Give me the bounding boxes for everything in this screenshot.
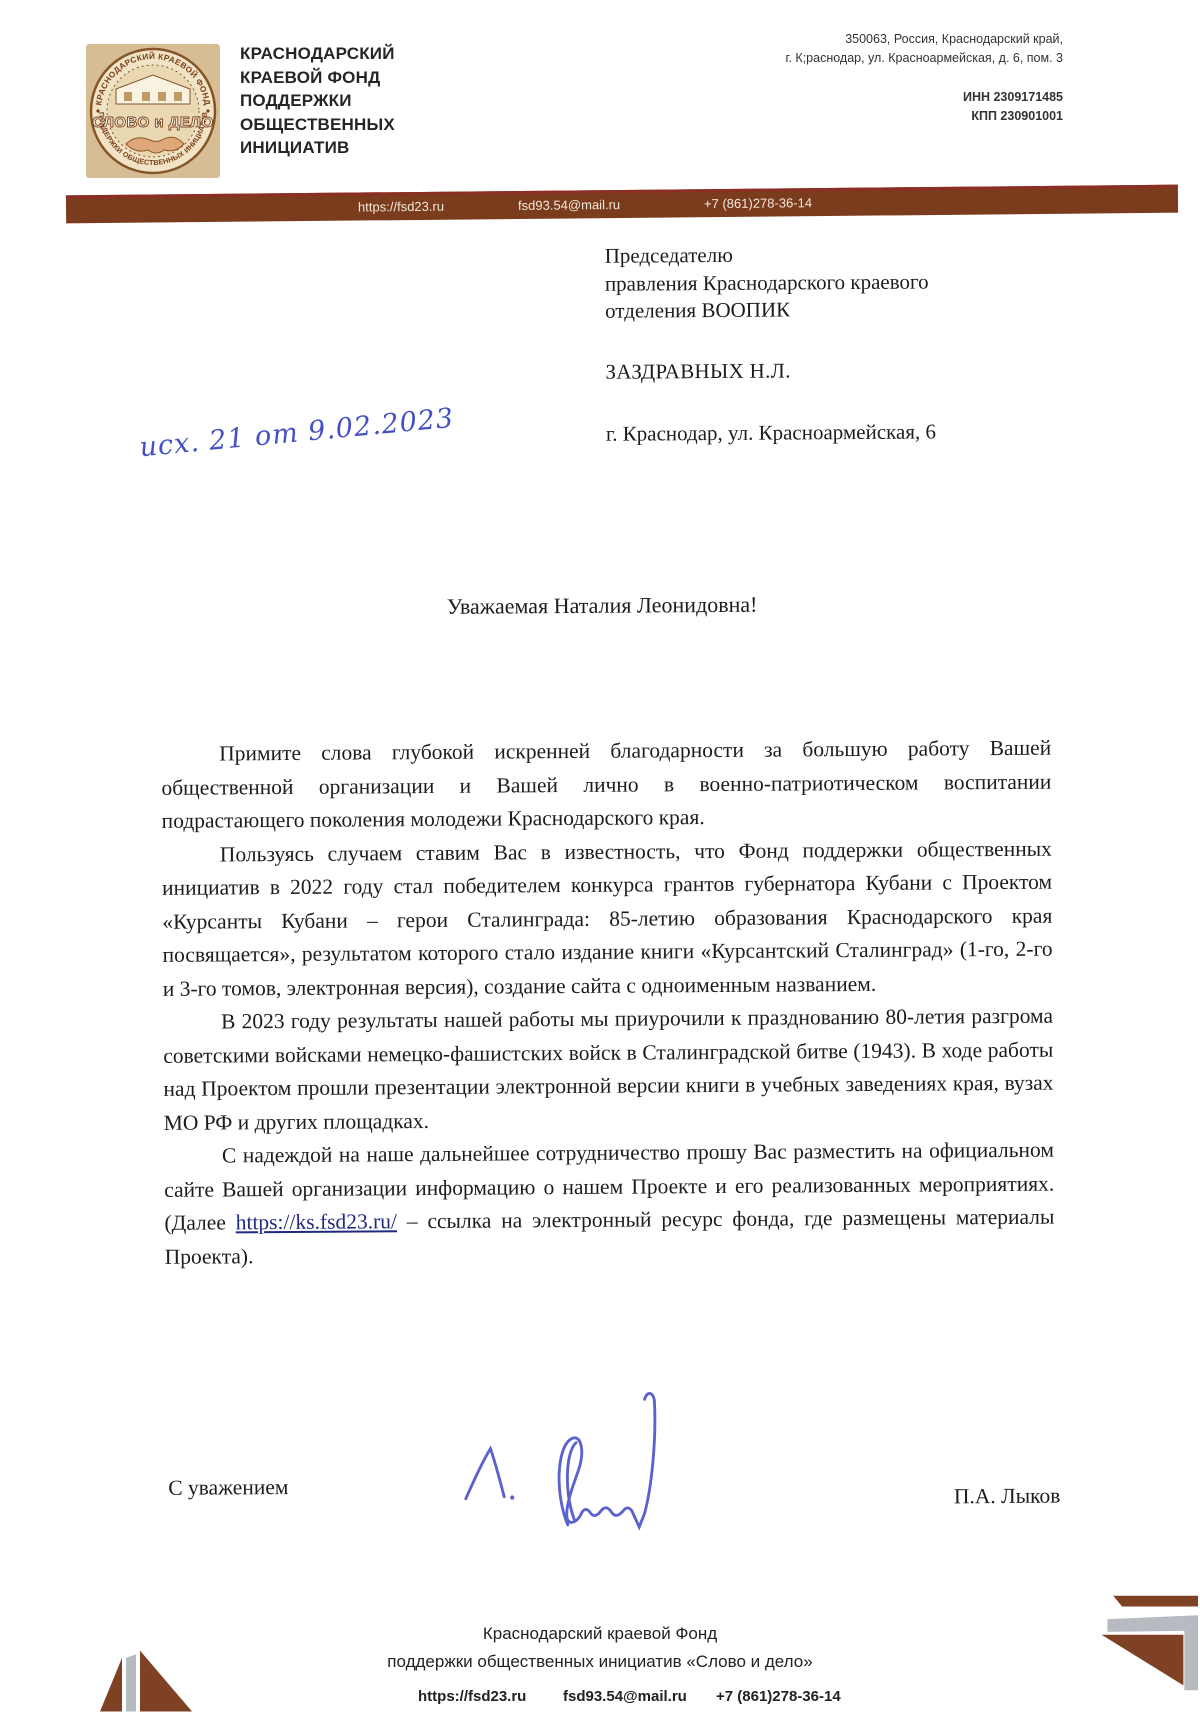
recipient-line: правления Краснодарского краевого <box>605 267 1085 298</box>
project-site-link[interactable]: https://ks.fsd23.ru/ <box>236 1209 397 1234</box>
recipient-line: отделения ВООПИК <box>605 294 1085 325</box>
letter-content: Председателю правления Краснодарского кр… <box>0 0 1200 1722</box>
recipient-address: г. Краснодар, ул. Красноармейская, 6 <box>606 417 1086 448</box>
handwritten-outgoing-number: исх. 21 от 9.02.2023 <box>138 401 469 463</box>
salutation-line: Уважаемая Наталия Леонидовна! <box>2 589 1200 623</box>
recipient-block: Председателю правления Краснодарского кр… <box>605 239 1086 448</box>
corner-ornament-left-icon <box>92 1645 192 1717</box>
recipient-name: ЗАЗДРАВНЫХ Н.Л. <box>605 355 1085 386</box>
paragraph-2: Пользуясь случаем ставим Вас в известнос… <box>162 832 1053 1006</box>
footer-email-text: fsd93.54@mail.ru <box>563 1688 687 1705</box>
footer-phone-text: +7 (861)278-36-14 <box>716 1688 841 1705</box>
scanned-letter-page: КРАСНОДАРСКИЙ КРАЕВОЙ ФОНД ПОДДЕРЖКИ ОБЩ… <box>0 0 1200 1722</box>
corner-ornament-right-icon <box>1086 1588 1198 1700</box>
signer-name: П.А. Лыков <box>954 1484 1061 1510</box>
footer-website-text: https://fsd23.ru <box>418 1688 526 1705</box>
paragraph-1: Примите слова глубокой искренней благода… <box>161 732 1052 839</box>
letter-body: Примите слова глубокой искренней благода… <box>161 732 1055 1274</box>
handwritten-signature-icon <box>444 1388 695 1542</box>
closing-phrase: С уважением <box>168 1475 288 1501</box>
paragraph-3: В 2023 году результаты нашей работы мы п… <box>163 1000 1054 1140</box>
footer-org-line-1: Краснодарский краевой Фонд <box>0 1620 1200 1648</box>
paragraph-4: С надеждой на наше дальнейшее сотрудниче… <box>164 1134 1055 1274</box>
recipient-line: Председателю <box>605 239 1085 270</box>
